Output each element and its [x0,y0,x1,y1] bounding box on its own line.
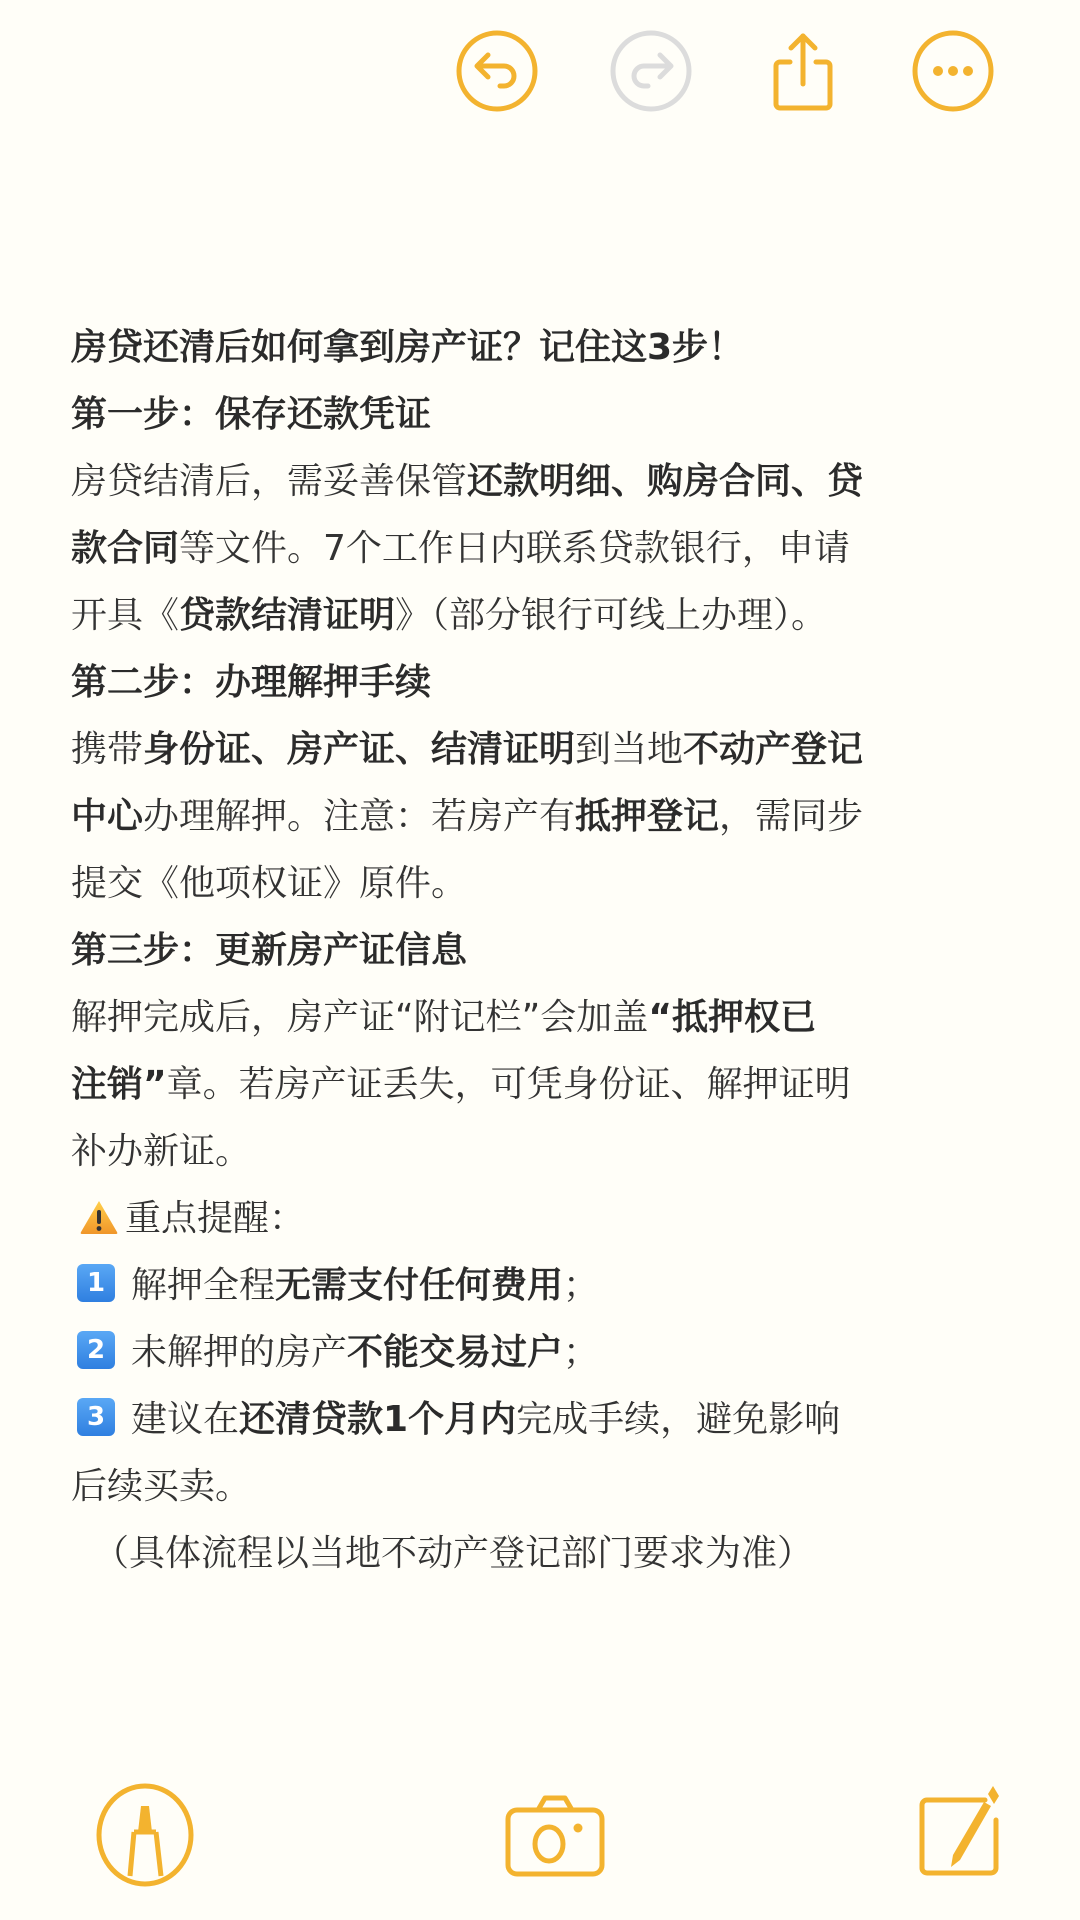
top-toolbar [0,0,1080,150]
reminder-item: 2未解押的房产不能交易过户； [71,1319,1011,1386]
reminder-item-continuation: 后续买卖。 [71,1453,1011,1520]
compose-button[interactable] [905,1780,1015,1890]
text: 章。若房产证丢失，可凭身份证、解押证明 [167,1064,851,1105]
keycap-2-icon: 2 [77,1331,115,1369]
markup-icon [90,1780,200,1890]
bold-text: 不能交易过户 [347,1332,563,1373]
step3-heading: 第三步：更新房产证信息 [71,917,1011,984]
note-body[interactable]: 房贷还清后如何拿到房产证？记住这3步！ 第一步：保存还款凭证 房贷结清后，需妥善… [71,314,1011,1587]
bold-text: 中心 [71,796,143,837]
step2-paragraph-line: 中心办理解押。注意：若房产有抵押登记，需同步 [71,783,1011,850]
text: ； [563,1265,599,1306]
markup-button[interactable] [90,1780,200,1890]
bold-text: 还清贷款1个月内 [239,1399,516,1440]
step1-paragraph-line: 开具《贷款结清证明》（部分银行可线上办理）。 [71,582,1011,649]
bold-text: 身份证、房产证、结清证明 [143,729,575,770]
step3-paragraph-line: 解押完成后，房产证“附记栏”会加盖“抵押权已 [71,984,1011,1051]
compose-icon [905,1780,1015,1890]
reminder-item: 3建议在还清贷款1个月内完成手续，避免影响 [71,1386,1011,1453]
step2-paragraph-line: 携带身份证、房产证、结清证明到当地不动产登记 [71,716,1011,783]
keycap-1-icon: 1 [77,1264,115,1302]
share-button[interactable] [760,28,846,114]
text: 房贷结清后，需妥善保管 [71,461,467,502]
redo-icon [608,28,694,114]
text: 完成手续，避免影响 [516,1399,840,1440]
text: 》（部分银行可线上办理）。 [395,595,827,636]
text: 办理解押。注意：若房产有 [143,796,575,837]
reminder-label-line: 重点提醒： [71,1185,1011,1252]
share-icon [760,28,846,114]
bold-text: 注销” [71,1064,167,1105]
bold-text: 不动产登记 [683,729,863,770]
undo-icon [454,28,540,114]
more-button[interactable] [910,28,996,114]
bold-text: “抵押权已 [648,997,816,1038]
step3-paragraph-line: 补办新证。 [71,1118,1011,1185]
camera-button[interactable] [500,1780,610,1890]
bold-text: 贷款结清证明 [179,595,395,636]
text: ，需同步 [719,796,863,837]
text: ； [563,1332,599,1373]
text: 解押全程 [131,1265,275,1306]
bold-text: 无需支付任何费用 [275,1265,563,1306]
text: 开具《 [71,595,179,636]
camera-icon [500,1780,610,1890]
bold-text: 抵押登记 [575,796,719,837]
step3-paragraph-line: 注销”章。若房产证丢失，可凭身份证、解押证明 [71,1051,1011,1118]
text: 未解押的房产 [131,1332,347,1373]
text: 等文件。7个工作日内联系贷款银行，申请 [179,528,850,569]
footnote: （具体流程以当地不动产登记部门要求为准） [71,1520,1011,1587]
step1-paragraph-line: 房贷结清后，需妥善保管还款明细、购房合同、贷 [71,448,1011,515]
undo-button[interactable] [454,28,540,114]
step2-heading: 第二步：办理解押手续 [71,649,1011,716]
more-icon [910,28,996,114]
reminder-item: 1解押全程无需支付任何费用； [71,1252,1011,1319]
keycap-3-icon: 3 [77,1398,115,1436]
bold-text: 款合同 [71,528,179,569]
step1-heading: 第一步：保存还款凭证 [71,381,1011,448]
text: 到当地 [575,729,683,770]
step1-paragraph-line: 款合同等文件。7个工作日内联系贷款银行，申请 [71,515,1011,582]
warning-icon [79,1199,119,1235]
note-title: 房贷还清后如何拿到房产证？记住这3步！ [71,314,1011,381]
redo-button[interactable] [608,28,694,114]
text: 解押完成后，房产证“附记栏”会加盖 [71,997,648,1038]
bottom-toolbar [0,1760,1080,1920]
text: 建议在 [131,1399,239,1440]
text: 携带 [71,729,143,770]
reminder-label: 重点提醒： [125,1198,305,1239]
step2-paragraph-line: 提交《他项权证》原件。 [71,850,1011,917]
bold-text: 还款明细、购房合同、贷 [467,461,863,502]
